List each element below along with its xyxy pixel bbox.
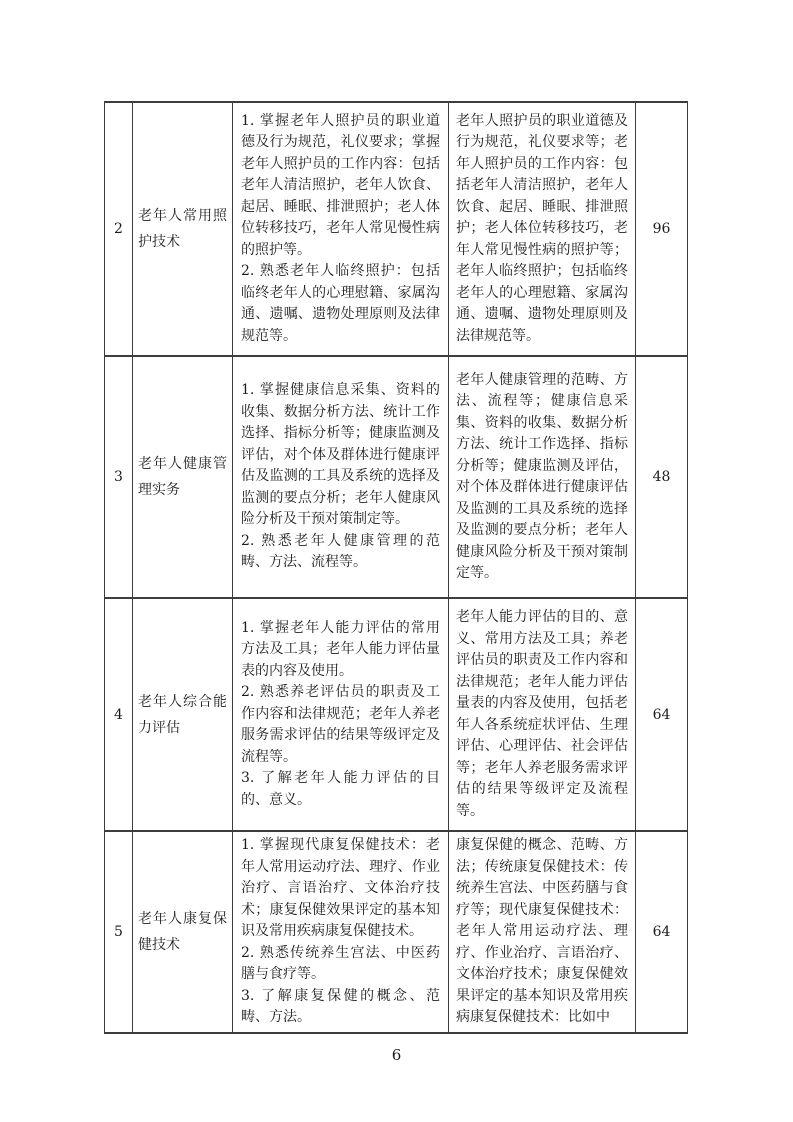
- hours-cell: 96: [636, 102, 688, 356]
- objective-item: 2. 熟悉传统养生宫法、中医药膳与食疗等。: [241, 943, 440, 986]
- objectives-cell: 1. 掌握老年人照护员的职业道德及行为规范，礼仪要求；掌握老年人照护员的工作内容…: [233, 102, 449, 356]
- content-cell: 老年人能力评估的目的、意义、常用方法及工具；养老评估员的职责及工作内容和法律规范…: [449, 598, 636, 831]
- row-number-cell: 3: [105, 356, 133, 598]
- objective-item: 2. 熟悉养老评估员的职责及工作内容和法律规范；老年人养老服务需求评估的结果等级…: [241, 682, 440, 768]
- row-number-cell: 5: [105, 831, 133, 1033]
- hours-cell: 64: [636, 598, 688, 831]
- row-number-cell: 4: [105, 598, 133, 831]
- content-cell: 老年人照护员的职业道德及行为规范，礼仪要求等；老年人照护员的工作内容：包括老年人…: [449, 102, 636, 356]
- hours-cell: 48: [636, 356, 688, 598]
- row-number-cell: 2: [105, 102, 133, 356]
- content-cell: 康复保健的概念、范畴、方法；传统康复保健技术：传统养生宫法、中医药膳与食疗等；现…: [449, 831, 636, 1033]
- table-row: 5 老年人康复保健技术 1. 掌握现代康复保健技术：老年人常用运动疗法、理疗、作…: [105, 831, 688, 1033]
- hours-cell: 64: [636, 831, 688, 1033]
- objective-item: 3. 了解康复保健的概念、范畴、方法。: [241, 986, 440, 1029]
- table-row: 4 老年人综合能力评估 1. 掌握老年人能力评估的常用方法及工具；老年人能力评估…: [105, 598, 688, 831]
- objectives-cell: 1. 掌握健康信息采集、资料的收集、数据分析方法、统计工作选择、指标分析等；健康…: [233, 356, 449, 598]
- course-name-cell: 老年人健康管理实务: [133, 356, 233, 598]
- course-name-cell: 老年人综合能力评估: [133, 598, 233, 831]
- content-cell: 老年人健康管理的范畴、方法、流程等；健康信息采集、资料的收集、数据分析方法、统计…: [449, 356, 636, 598]
- objective-item: 1. 掌握老年人照护员的职业道德及行为规范，礼仪要求；掌握老年人照护员的工作内容…: [241, 111, 440, 262]
- objective-item: 1. 掌握现代康复保健技术：老年人常用运动疗法、理疗、作业治疗、言语治疗、文体治…: [241, 835, 440, 943]
- course-name-cell: 老年人常用照护技术: [133, 102, 233, 356]
- objective-item: 2. 熟悉老年人健康管理的范畴、方法、流程等。: [241, 531, 440, 574]
- course-name-cell: 老年人康复保健技术: [133, 831, 233, 1033]
- objective-item: 1. 掌握老年人能力评估的常用方法及工具；老年人能力评估量表的内容及使用。: [241, 618, 440, 683]
- objectives-cell: 1. 掌握现代康复保健技术：老年人常用运动疗法、理疗、作业治疗、言语治疗、文体治…: [233, 831, 449, 1033]
- table-row: 2 老年人常用照护技术 1. 掌握老年人照护员的职业道德及行为规范，礼仪要求；掌…: [105, 102, 688, 356]
- curriculum-table: 2 老年人常用照护技术 1. 掌握老年人照护员的职业道德及行为规范，礼仪要求；掌…: [104, 101, 688, 1034]
- objective-item: 1. 掌握健康信息采集、资料的收集、数据分析方法、统计工作选择、指标分析等；健康…: [241, 380, 440, 531]
- table-row: 3 老年人健康管理实务 1. 掌握健康信息采集、资料的收集、数据分析方法、统计工…: [105, 356, 688, 598]
- objectives-cell: 1. 掌握老年人能力评估的常用方法及工具；老年人能力评估量表的内容及使用。 2.…: [233, 598, 449, 831]
- objective-item: 2. 熟悉老年人临终照护：包括临终老年人的心理慰籍、家属沟通、遗嘱、遗物处理原则…: [241, 261, 440, 347]
- document-page: 2 老年人常用照护技术 1. 掌握老年人照护员的职业道德及行为规范，礼仪要求；掌…: [0, 0, 793, 1122]
- page-number: 6: [0, 1046, 793, 1064]
- objective-item: 3. 了解老年人能力评估的目的、意义。: [241, 768, 440, 811]
